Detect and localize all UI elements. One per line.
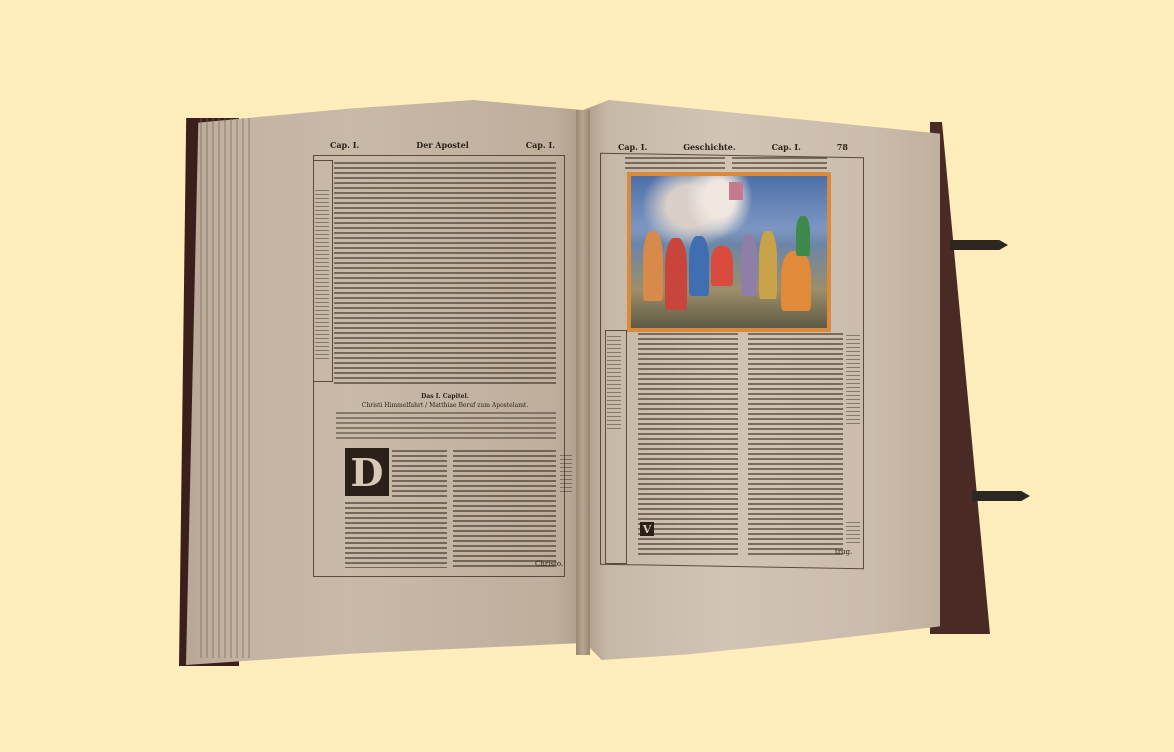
apostle-figure: [741, 234, 757, 296]
chapter-subtitle: Christi Himmelfahrt / Matthiae Beruf zum…: [334, 402, 556, 409]
left-page-header: Cap. I. Der Apostel Cap. I.: [330, 140, 555, 150]
right-header-chapter: Cap. I.: [618, 142, 647, 152]
page-edges: [200, 118, 250, 658]
apostle-figure: [665, 238, 687, 310]
left-header-chapter: Cap. I.: [330, 140, 359, 150]
bookmark-ribbon-bottom: [972, 491, 1030, 501]
ascension-illustration: [627, 172, 831, 332]
chapter-title: Das I. Capitel.: [334, 393, 556, 400]
right-inner-margin-notes: [607, 336, 621, 431]
drop-cap-d: D: [345, 448, 389, 496]
apostle-figure: [643, 231, 663, 301]
left-commentary-text: [334, 162, 556, 384]
drop-cap-v: V: [640, 522, 654, 536]
apostle-figure: [759, 231, 777, 299]
right-header-chapter-right: Cap. I.: [772, 142, 801, 152]
left-header-chapter-right: Cap. I.: [526, 140, 555, 150]
right-header-title: Geschichte.: [683, 142, 735, 152]
left-catchword: Christo.: [535, 560, 563, 568]
right-top-text-right: [732, 157, 827, 169]
christ-figure: [729, 182, 743, 200]
right-outer-margin-notes: [846, 335, 860, 425]
right-outer-margin-notes-bottom: [846, 522, 860, 544]
book-gutter: [576, 110, 590, 655]
left-col1-top-text: [392, 450, 447, 500]
left-outer-margin-notes: [560, 455, 572, 495]
right-top-text-left: [625, 157, 725, 169]
bookmark-ribbon-top: [950, 240, 1008, 250]
left-header-title: Der Apostel: [416, 140, 469, 150]
apostle-figure: [781, 251, 811, 311]
apostle-figure: [711, 246, 733, 286]
page-number: 78: [837, 142, 848, 152]
left-col2-text: [453, 450, 556, 568]
chapter-summary: [336, 412, 556, 442]
left-col1-text: [345, 502, 447, 568]
apostle-figure: [796, 216, 810, 256]
left-margin-notes: [315, 190, 329, 360]
right-catchword: trug.: [835, 548, 852, 556]
apostle-figure: [689, 236, 709, 296]
right-col2-text: [748, 333, 843, 555]
right-page-header: Cap. I. Geschichte. Cap. I. 78: [618, 142, 848, 152]
